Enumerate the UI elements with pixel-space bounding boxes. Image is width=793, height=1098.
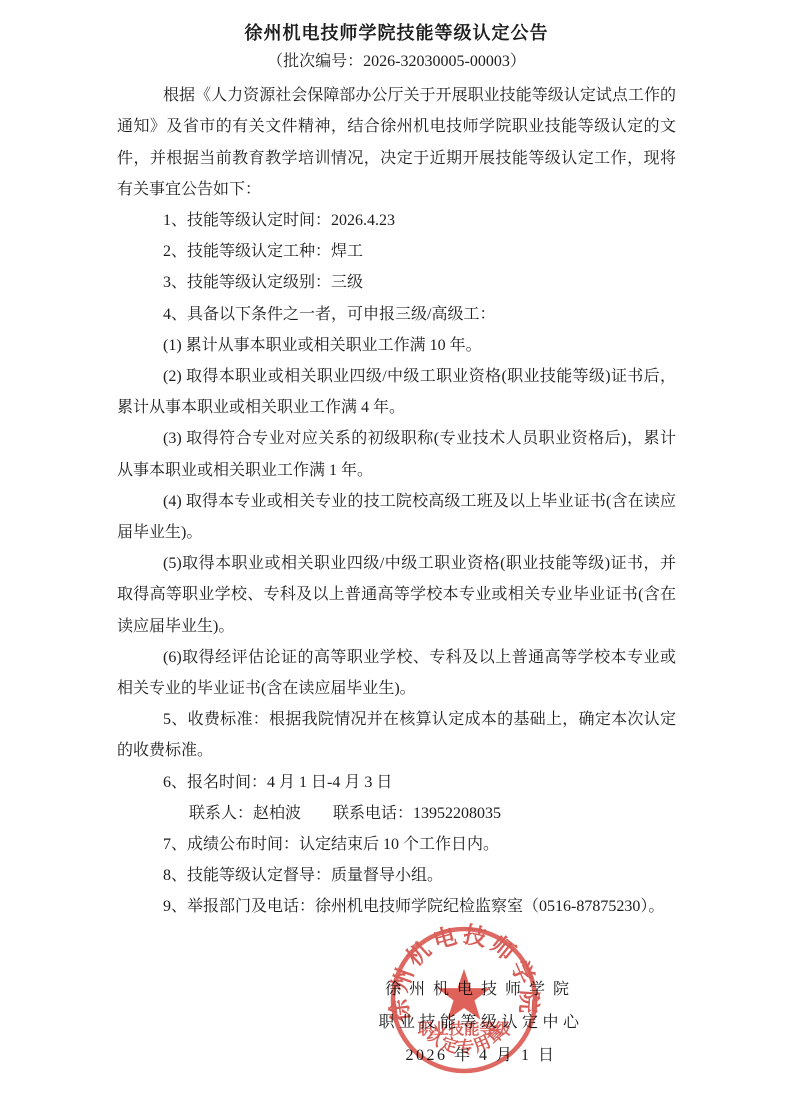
document-body: 徐州机电技师学院技能等级认定公告 （批次编号：2026-32030005-000… <box>0 0 793 923</box>
item-1-time: 1、技能等级认定时间：2026.4.23 <box>117 205 676 236</box>
item-8-supervision: 8、技能等级认定督导：质量督导小组。 <box>117 860 676 891</box>
paragraph-intro: 根据《人力资源社会保障部办公厅关于开展职业技能等级认定试点工作的通知》及省市的有… <box>117 80 676 205</box>
item-4-conditions-head: 4、具备以下条件之一者，可申报三级/高级工： <box>117 299 676 330</box>
contact-line: 联系人：赵柏波 联系电话：13952208035 <box>117 798 676 829</box>
document-page: 徐州机电技师学院技能等级认定公告 （批次编号：2026-32030005-000… <box>0 0 793 1098</box>
official-seal-stamp: 徐州机电技师学院 职业技能等级 认定专用章 <box>379 915 549 1085</box>
condition-2: (2) 取得本职业或相关职业四级/中级工职业资格(职业技能等级)证书后，累计从事… <box>117 361 676 423</box>
item-6-registration: 6、报名时间：4 月 1 日-4 月 3 日 <box>117 767 676 798</box>
condition-3: (3) 取得符合专业对应关系的初级职称(专业技术人员职业资格后)，累计从事本职业… <box>117 423 676 485</box>
condition-1: (1) 累计从事本职业或相关职业工作满 10 年。 <box>117 330 676 361</box>
batch-number: （批次编号：2026-32030005-00003） <box>117 46 676 77</box>
page-title: 徐州机电技师学院技能等级认定公告 <box>117 0 676 46</box>
item-3-level: 3、技能等级认定级别：三级 <box>117 267 676 298</box>
condition-4: (4) 取得本专业或相关专业的技工院校高级工班及以上毕业证书(含在读应届毕业生)… <box>117 486 676 548</box>
condition-5: (5)取得本职业或相关职业四级/中级工职业资格(职业技能等级)证书，并取得高等职… <box>117 548 676 642</box>
item-2-occupation: 2、技能等级认定工种：焊工 <box>117 236 676 267</box>
red-star-icon <box>437 969 490 1020</box>
condition-6: (6)取得经评估论证的高等职业学校、专科及以上普通高等学校本专业或相关专业的毕业… <box>117 642 676 704</box>
item-7-results: 7、成绩公布时间：认定结束后 10 个工作日内。 <box>117 829 676 860</box>
item-5-fees: 5、收费标准：根据我院情况并在核算认定成本的基础上，确定本次认定的收费标准。 <box>117 704 676 766</box>
